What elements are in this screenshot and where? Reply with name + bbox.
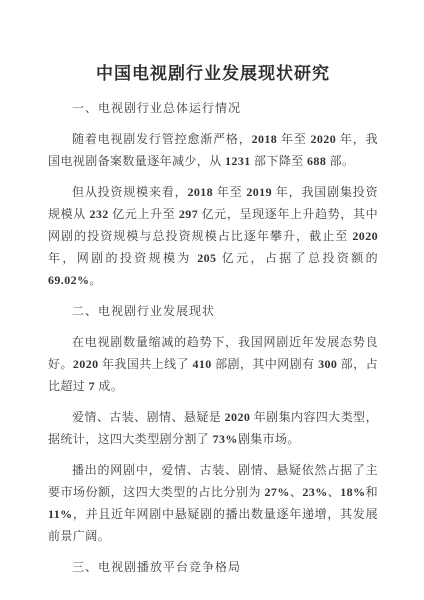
- document-body: 一、电视剧行业总体运行情况随着电视剧发行管控愈渐严格，2018 年至 2020 …: [48, 97, 378, 578]
- section-heading: 一、电视剧行业总体运行情况: [48, 97, 378, 119]
- body-paragraph: 但从投资规模来看，2018 年至 2019 年，我国剧集投资规模从 232 亿元…: [48, 181, 378, 291]
- section-heading: 二、电视剧行业发展现状: [48, 300, 378, 322]
- section-heading: 三、电视剧播放平台竞争格局: [48, 556, 378, 578]
- document-title: 中国电视剧行业发展现状研究: [48, 62, 378, 86]
- body-paragraph: 爱情、古装、剧情、悬疑是 2020 年剧集内容四大类型，据统计，这四大类型剧分割…: [48, 406, 378, 450]
- body-paragraph: 在电视剧数量缩减的趋势下，我国网剧近年发展态势良好。2020 年我国共上线了 4…: [48, 331, 378, 397]
- body-paragraph: 播出的网剧中，爱情、古装、剧情、悬疑依然占据了主要市场份额，这四大类型的占比分别…: [48, 459, 378, 547]
- document-page: 中国电视剧行业发展现状研究 一、电视剧行业总体运行情况随着电视剧发行管控愈渐严格…: [0, 0, 424, 600]
- body-paragraph: 随着电视剧发行管控愈渐严格，2018 年至 2020 年，我国电视剧备案数量逐年…: [48, 128, 378, 172]
